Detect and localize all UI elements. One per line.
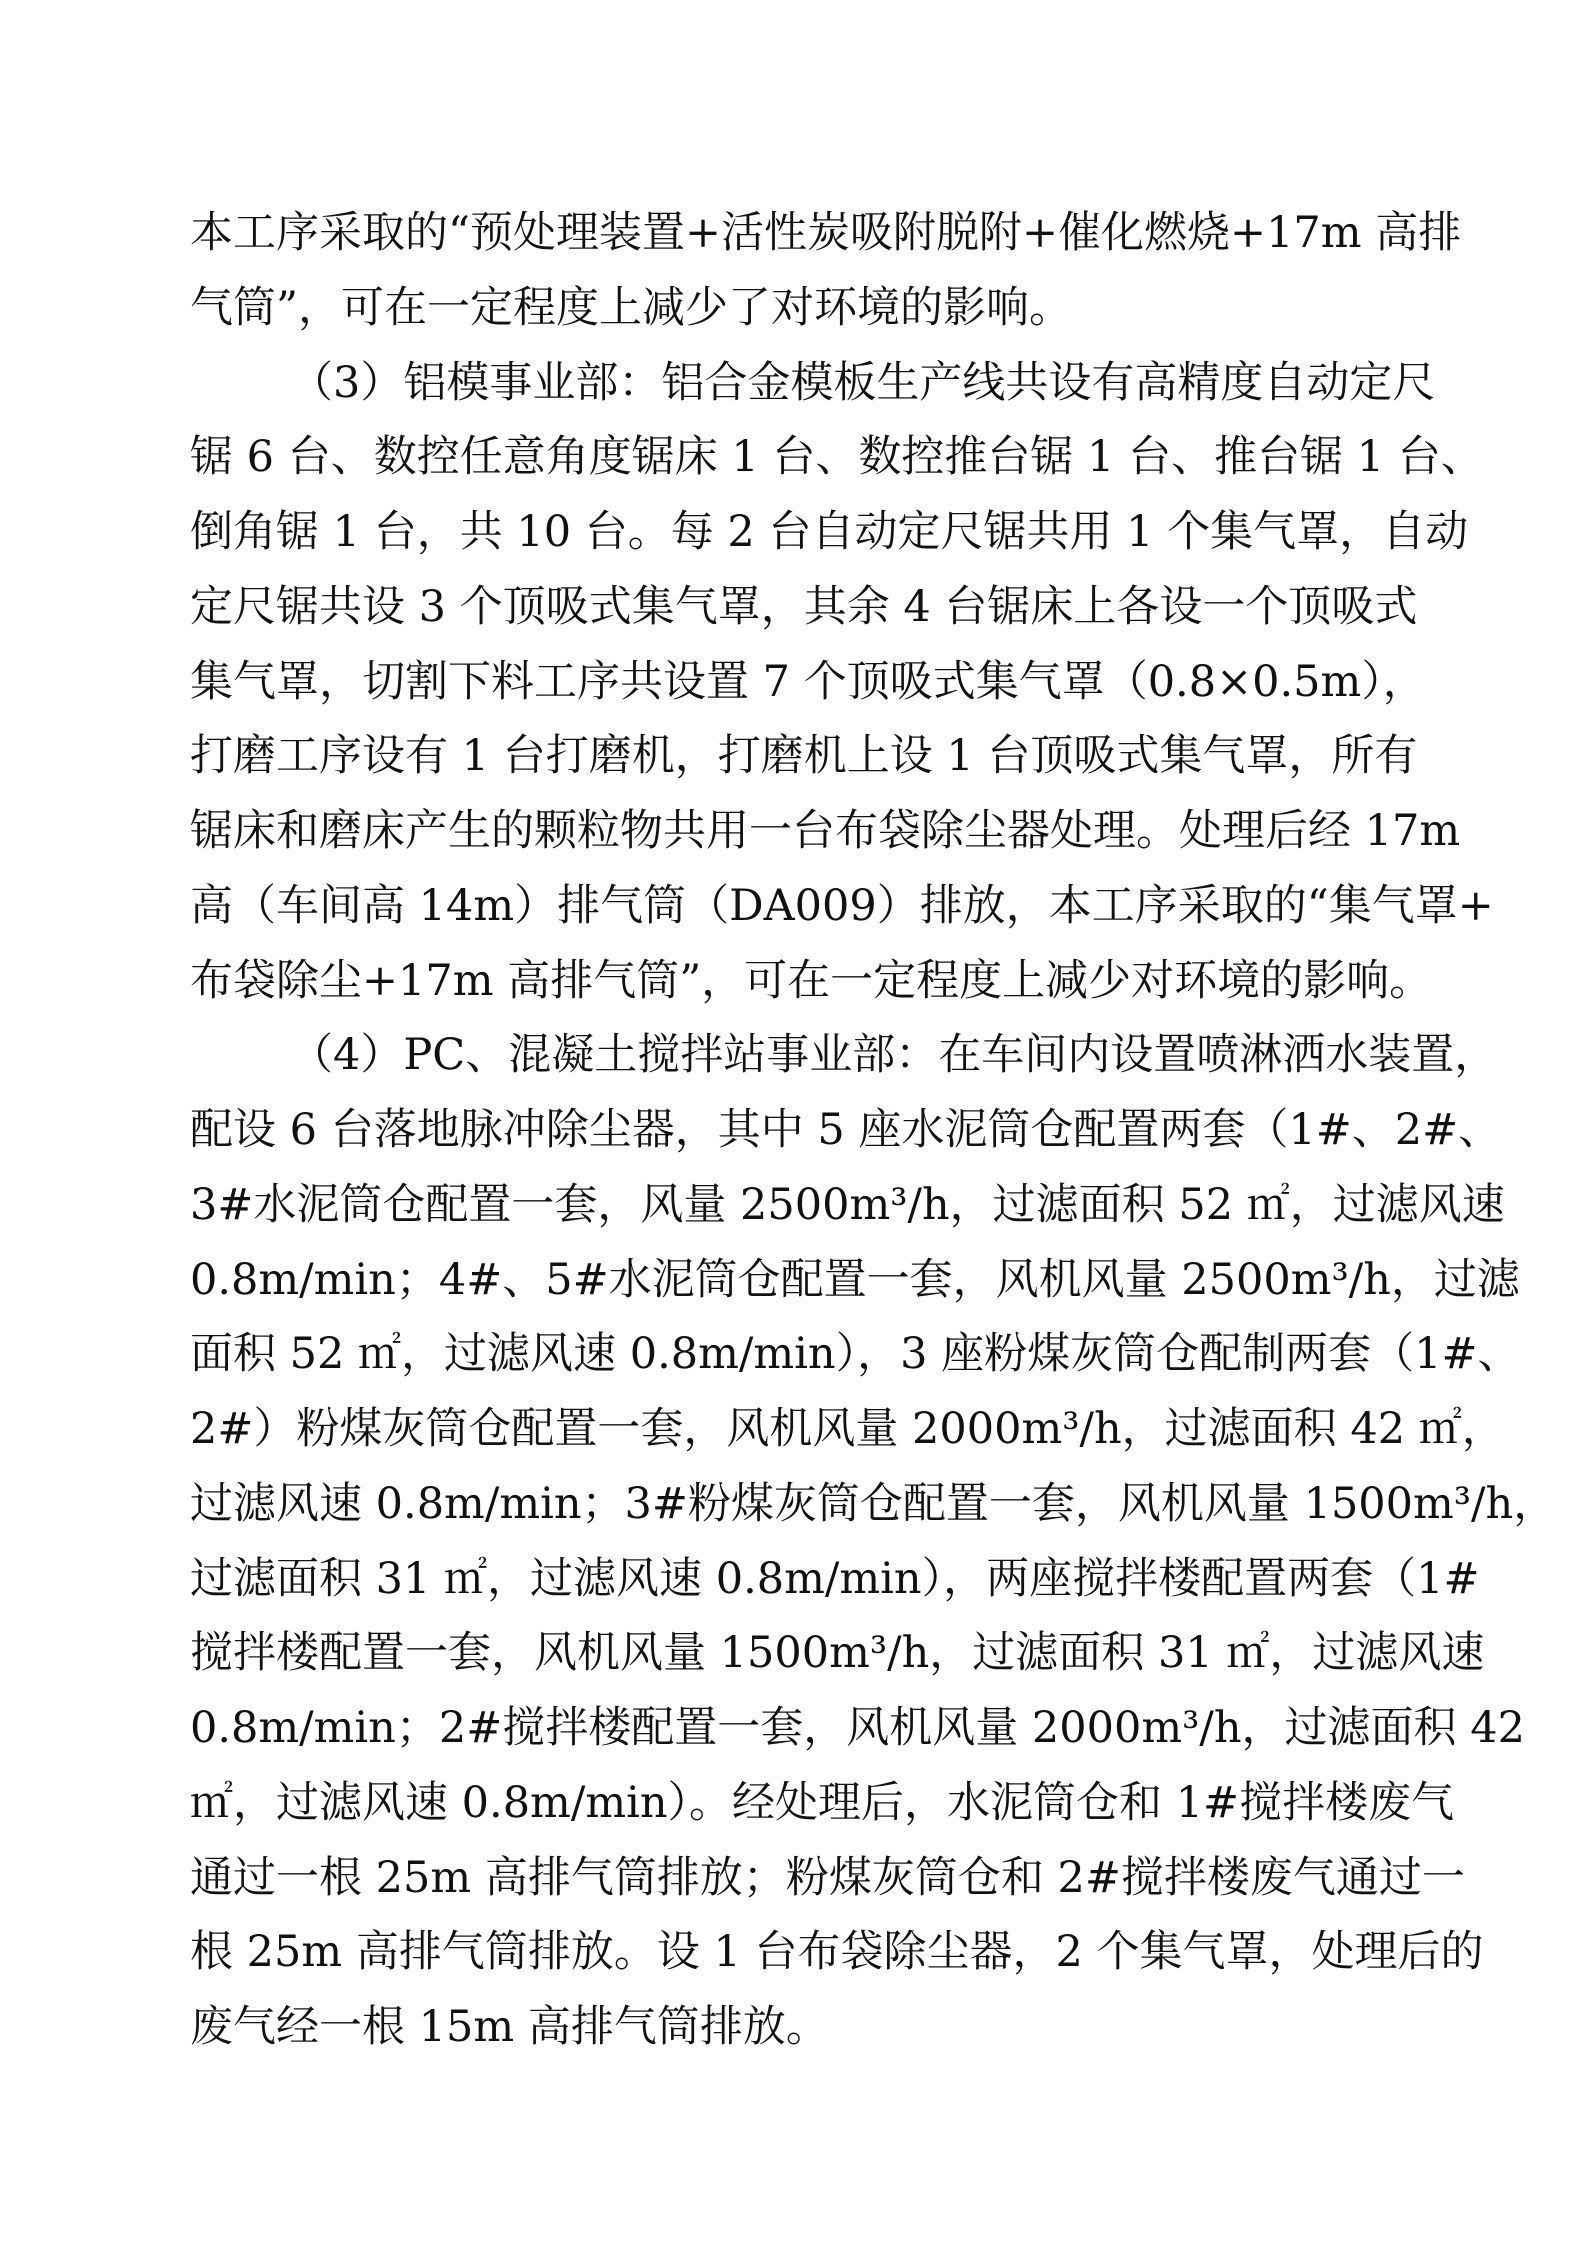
text-line: 过滤风速 0.8m/min；3#粉煤灰筒仓配置一套，风机风量 1500m³/h， — [190, 1467, 1396, 1542]
text-line: 3#水泥筒仓配置一套，风量 2500m³/h，过滤面积 52 ㎡，过滤风速 — [190, 1168, 1396, 1243]
text-line: 集气罩，切割下料工序共设置 7 个顶吸式集气罩（0.8×0.5m）， — [190, 645, 1396, 720]
text-line: 过滤面积 31 ㎡，过滤风速 0.8m/min），两座搅拌楼配置两套（1# — [190, 1542, 1396, 1617]
text-line: 倒角锯 1 台，共 10 台。每 2 台自动定尺锯共用 1 个集气罩，自动 — [190, 495, 1396, 570]
text-line: 0.8m/min；4#、5#水泥筒仓配置一套，风机风量 2500m³/h，过滤 — [190, 1243, 1396, 1318]
text-line: （3）铝模事业部：铝合金模板生产线共设有高精度自动定尺 — [190, 346, 1396, 421]
text-line: 定尺锯共设 3 个顶吸式集气罩，其余 4 台锯床上各设一个顶吸式 — [190, 570, 1396, 645]
text-line: 0.8m/min；2#搅拌楼配置一套，风机风量 2000m³/h，过滤面积 42 — [190, 1691, 1396, 1766]
paragraph-continuation: 本工序采取的“预处理装置+活性炭吸附脱附+催化燃烧+17m 高排 气筒”，可在一… — [190, 196, 1396, 346]
text-line: （4）PC、混凝土搅拌站事业部：在车间内设置喷淋洒水装置， — [190, 1018, 1396, 1093]
paragraph-aluminum-formwork: （3）铝模事业部：铝合金模板生产线共设有高精度自动定尺 锯 6 台、数控任意角度… — [190, 346, 1396, 1019]
text-line: 锯床和磨床产生的颗粒物共用一台布袋除尘器处理。处理后经 17m — [190, 794, 1396, 869]
text-line: 锯 6 台、数控任意角度锯床 1 台、数控推台锯 1 台、推台锯 1 台、 — [190, 420, 1396, 495]
text-line: 面积 52 ㎡，过滤风速 0.8m/min），3 座粉煤灰筒仓配制两套（1#、 — [190, 1317, 1396, 1392]
text-line: 根 25m 高排气筒排放。设 1 台布袋除尘器，2 个集气罩，处理后的 — [190, 1915, 1396, 1990]
document-page: 本工序采取的“预处理装置+活性炭吸附脱附+催化燃烧+17m 高排 气筒”，可在一… — [190, 196, 1396, 2065]
text-line: 配设 6 台落地脉冲除尘器，其中 5 座水泥筒仓配置两套（1#、2#、 — [190, 1093, 1396, 1168]
text-line: 打磨工序设有 1 台打磨机，打磨机上设 1 台顶吸式集气罩，所有 — [190, 719, 1396, 794]
paragraph-pc-concrete: （4）PC、混凝土搅拌站事业部：在车间内设置喷淋洒水装置， 配设 6 台落地脉冲… — [190, 1018, 1396, 2065]
text-line: 搅拌楼配置一套，风机风量 1500m³/h，过滤面积 31 ㎡，过滤风速 — [190, 1616, 1396, 1691]
text-line: 布袋除尘+17m 高排气筒”，可在一定程度上减少对环境的影响。 — [190, 944, 1396, 1019]
text-line: 本工序采取的“预处理装置+活性炭吸附脱附+催化燃烧+17m 高排 — [190, 196, 1396, 271]
text-line: 通过一根 25m 高排气筒排放；粉煤灰筒仓和 2#搅拌楼废气通过一 — [190, 1841, 1396, 1916]
text-line: 气筒”，可在一定程度上减少了对环境的影响。 — [190, 271, 1396, 346]
text-line: 高（车间高 14m）排气筒（DA009）排放，本工序采取的“集气罩+ — [190, 869, 1396, 944]
text-line: 2#）粉煤灰筒仓配置一套，风机风量 2000m³/h，过滤面积 42 ㎡， — [190, 1392, 1396, 1467]
text-line: ㎡，过滤风速 0.8m/min）。经处理后，水泥筒仓和 1#搅拌楼废气 — [190, 1766, 1396, 1841]
text-line: 废气经一根 15m 高排气筒排放。 — [190, 1990, 1396, 2065]
